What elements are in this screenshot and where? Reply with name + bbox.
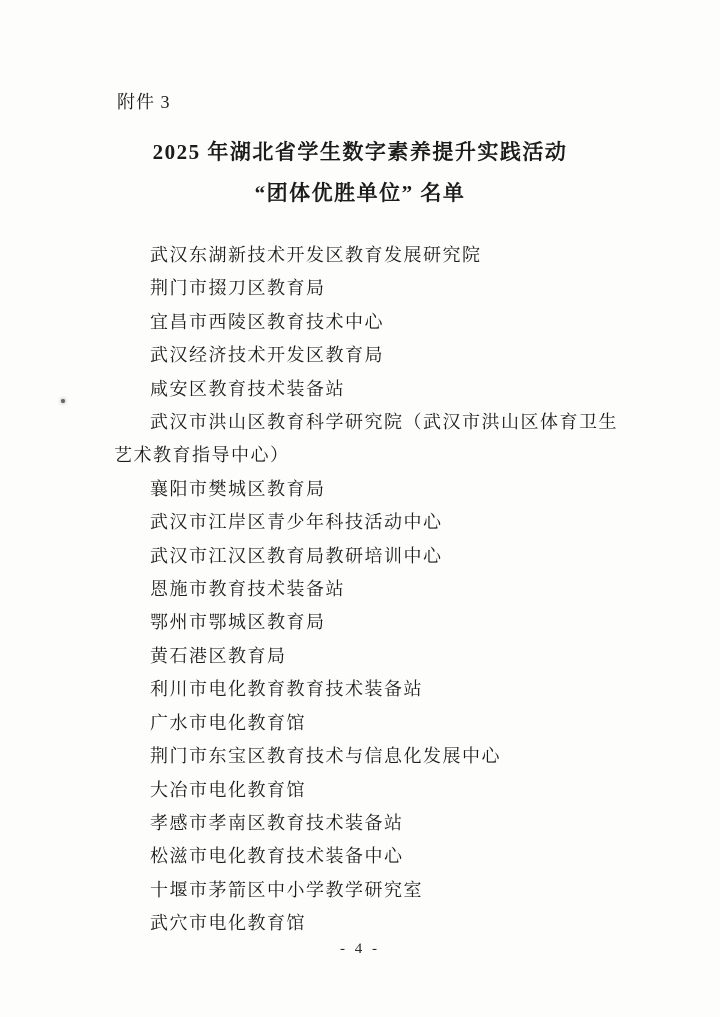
- list-item: 十堰市茅箭区中小学教学研究室: [114, 874, 630, 907]
- list-item: 荆门市东宝区教育技术与信息化发展中心: [114, 740, 630, 773]
- list-item: 广水市电化教育馆: [114, 707, 630, 740]
- document-title-line-2: “团体优胜单位” 名单: [0, 173, 720, 214]
- list-item: 咸安区教育技术装备站: [114, 373, 630, 406]
- list-item: 襄阳市樊城区教育局: [114, 473, 630, 506]
- list-item: 恩施市教育技术装备站: [114, 573, 630, 606]
- list-item: 荆门市掇刀区教育局: [114, 272, 630, 305]
- list-item: 利川市电化教育教育技术装备站: [114, 673, 630, 706]
- winning-unit-list: 武汉东湖新技术开发区教育发展研究院 荆门市掇刀区教育局 宜昌市西陵区教育技术中心…: [114, 239, 630, 941]
- document-title-line-1: 2025 年湖北省学生数字素养提升实践活动: [0, 132, 720, 173]
- list-item: 鄂州市鄂城区教育局: [114, 606, 630, 639]
- scan-artifact-speck: [61, 399, 65, 403]
- list-item: 黄石港区教育局: [114, 640, 630, 673]
- list-item: 大冶市电化教育馆: [114, 774, 630, 807]
- list-item: 武汉经济技术开发区教育局: [114, 339, 630, 372]
- list-item: 孝感市孝南区教育技术装备站: [114, 807, 630, 840]
- list-item: 武汉市江汉区教育局教研培训中心: [114, 540, 630, 573]
- list-item: 武汉东湖新技术开发区教育发展研究院: [114, 239, 630, 272]
- list-item: 松滋市电化教育技术装备中心: [114, 840, 630, 873]
- attachment-label: 附件 3: [117, 88, 171, 114]
- list-item: 宜昌市西陵区教育技术中心: [114, 306, 630, 339]
- document-title: 2025 年湖北省学生数字素养提升实践活动 “团体优胜单位” 名单: [0, 132, 720, 214]
- list-item: 武穴市电化教育馆: [114, 907, 630, 940]
- list-item: 武汉市江岸区青少年科技活动中心: [114, 506, 630, 539]
- page-number: - 4 -: [0, 941, 720, 958]
- list-item: 武汉市洪山区教育科学研究院（武汉市洪山区体育卫生艺术教育指导中心）: [114, 406, 630, 473]
